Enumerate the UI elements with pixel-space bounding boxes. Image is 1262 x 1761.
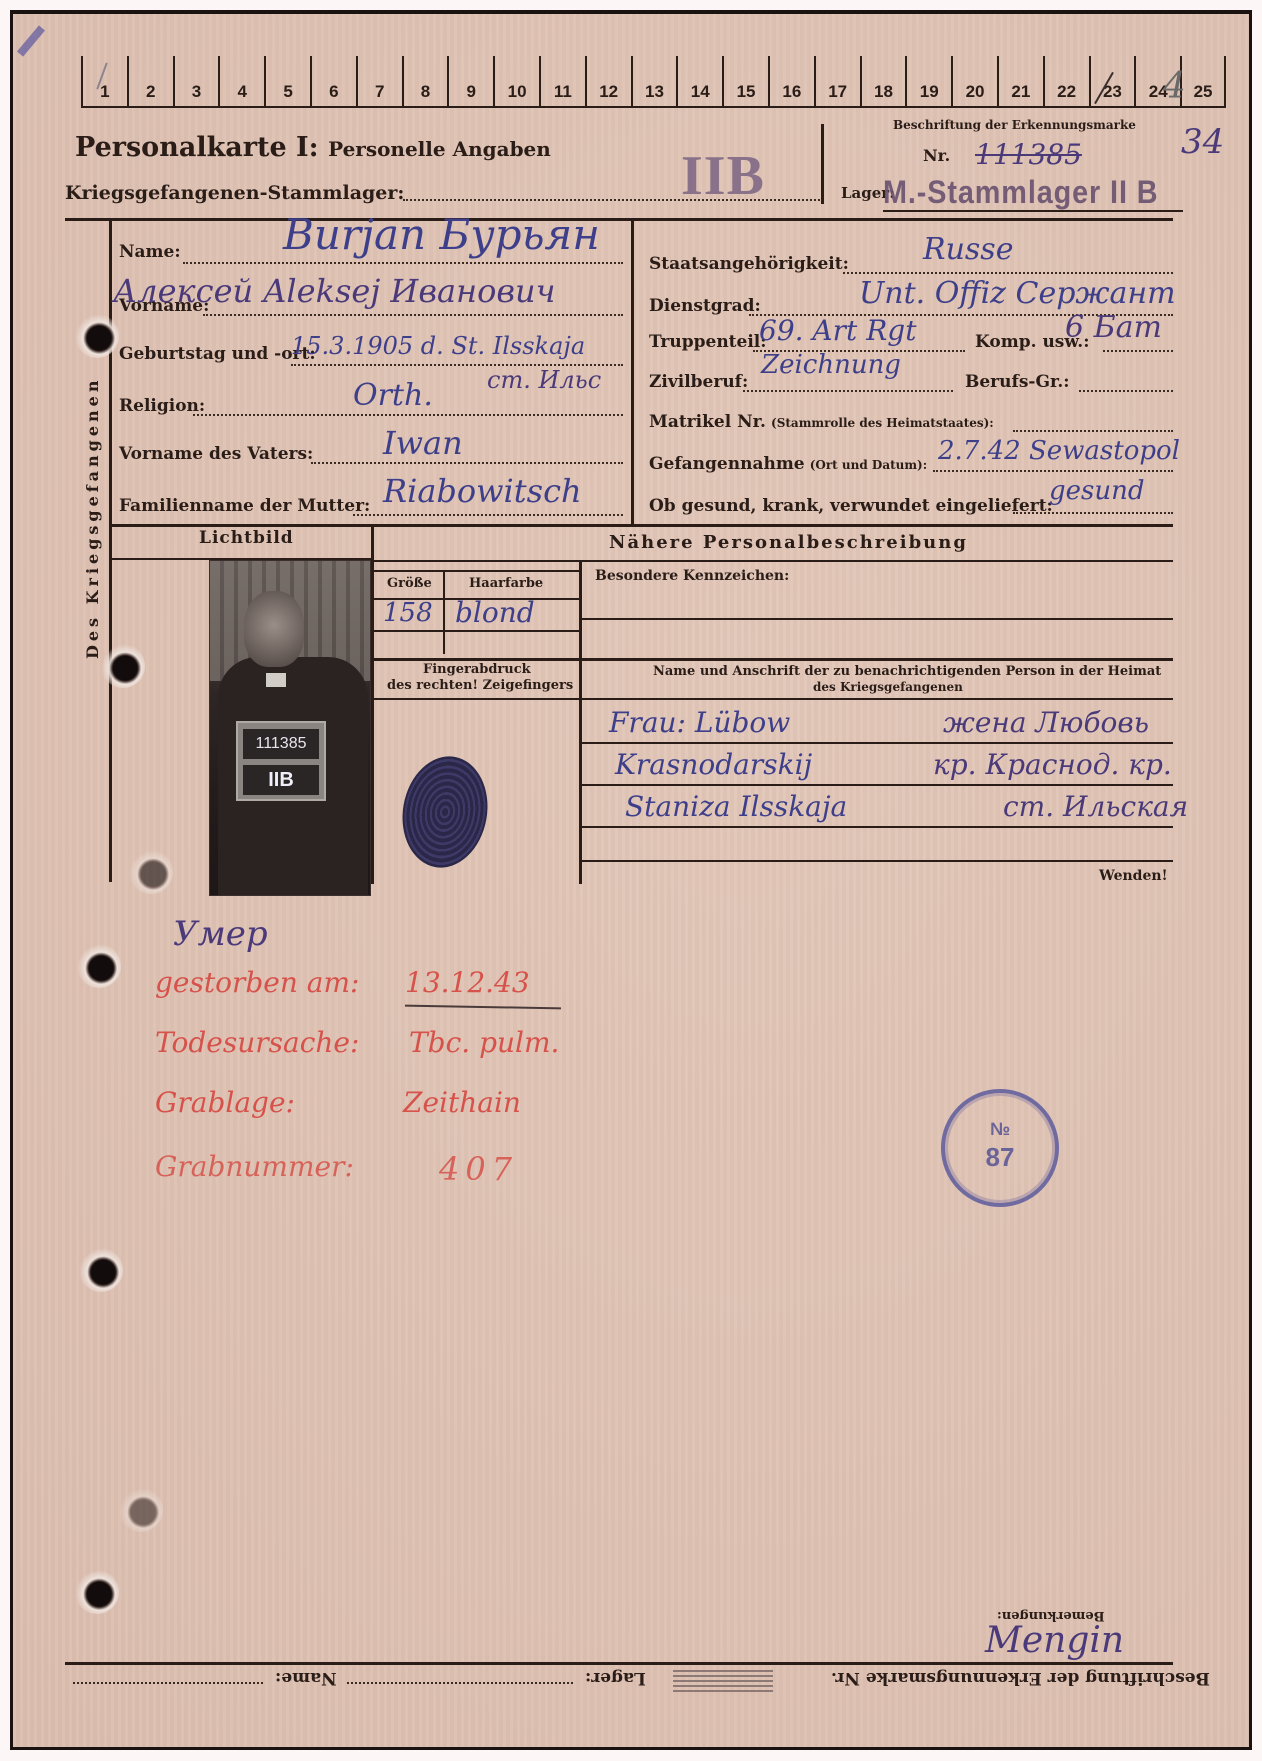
ruler-cell: 18 — [860, 56, 906, 108]
occupation-group-line — [1079, 390, 1173, 392]
ruler-cell: 14 — [676, 56, 722, 108]
religion-label: Religion: — [119, 396, 205, 416]
turn-over-note: Wenden! — [1099, 868, 1168, 884]
photo-caption: Lichtbild — [199, 528, 294, 548]
ruler-cell: 9 — [447, 56, 493, 108]
ruler-cell: 12 — [585, 56, 631, 108]
height-value: 158 — [383, 598, 433, 628]
grave-location-value: Zeithain — [403, 1086, 521, 1119]
punch-hole — [101, 644, 145, 688]
ruler-cell: 2 — [127, 56, 173, 108]
ruler-cell: 22 — [1043, 56, 1089, 108]
fingerprint-label-1: Fingerabdruck — [423, 662, 531, 677]
fingerprint-label-2: des rechten! Zeigefingers — [387, 678, 573, 693]
father-name-line — [311, 462, 623, 464]
death-date-value: 13.12.43 — [405, 966, 530, 999]
footer-lager-line — [347, 1682, 573, 1684]
footer-tag-label: Beschriftung der Erkennungsmarke Nr. — [831, 1668, 1210, 1688]
nationality-label: Staatsangehörigkeit: — [649, 254, 849, 274]
footer-stamp-lines — [673, 1670, 773, 1692]
name-line — [183, 262, 623, 264]
ruler-cell: 20 — [951, 56, 997, 108]
description-divider — [579, 560, 582, 884]
ruler-cell: 3 — [173, 56, 219, 108]
name-label: Name: — [119, 242, 181, 262]
rank-label: Dienstgrad: — [649, 296, 761, 316]
ruler-cell: 15 — [722, 56, 768, 108]
death-date-label: gestorben am: — [155, 966, 359, 999]
father-name-value: Iwan — [383, 424, 463, 462]
grave-number-label: Grabnummer: — [155, 1150, 354, 1183]
ruler-mark: 4 — [1163, 66, 1186, 107]
table-row-line — [373, 630, 579, 632]
father-name-label: Vorname des Vaters: — [119, 444, 313, 464]
signature: Mengin — [985, 1620, 1124, 1661]
occupation-label: Zivilberuf: — [649, 372, 748, 392]
matrikel-line — [1013, 430, 1173, 432]
nationality-line — [843, 272, 1173, 274]
ruler-cell: 11 — [539, 56, 585, 108]
id-sign: 111385 IIB — [236, 721, 326, 801]
contact-line-5 — [579, 860, 1173, 862]
side-label: Des Kriegsgefangenen — [83, 377, 102, 659]
corner-note: 34 — [1181, 122, 1224, 162]
punch-hole — [77, 944, 121, 988]
first-name-value: Алексей Aleksej Иванович — [113, 272, 556, 310]
footer-line — [65, 1662, 1173, 1665]
contact-line-3 — [579, 784, 1173, 786]
table-divider — [443, 570, 445, 654]
contact-latin-1: Frau: Lübow — [609, 706, 790, 739]
hair-label: Haarfarbe — [469, 576, 543, 591]
punch-hole — [129, 850, 173, 894]
ruler-cell: 21 — [997, 56, 1043, 108]
nationality-value: Russe — [923, 232, 1013, 267]
ruler-cell: 23 — [1089, 56, 1135, 108]
punch-hole — [79, 1248, 123, 1292]
tag-caption: Beschriftung der Erkennungsmarke — [893, 118, 1136, 132]
special-marks-line — [579, 618, 1173, 620]
matrikel-label: Matrikel Nr. (Stammrolle des Heimatstaat… — [649, 412, 994, 432]
rank-value: Unt. Offiz Сержант — [859, 276, 1176, 311]
personal-card: 1234567891011121314151617181920212223242… — [10, 10, 1252, 1750]
header-divider — [821, 124, 824, 204]
ruler-cell: 25 — [1180, 56, 1226, 108]
footer-name-label: Name: — [275, 1668, 337, 1688]
section-divider-top — [65, 218, 1173, 221]
grave-number-value: 407 — [439, 1150, 518, 1188]
occupation-line — [743, 390, 953, 392]
name-value: Burjan Бурьян — [283, 210, 600, 259]
mother-name-value: Riabowitsch — [383, 472, 582, 510]
death-cause-value: Tbc. pulm. — [409, 1026, 559, 1059]
contact-cyrillic-2: кр. Краснод. кр. — [933, 748, 1172, 781]
capture-value: 2.7.42 Sewastopol — [938, 436, 1180, 466]
ruler-cell: 16 — [768, 56, 814, 108]
unit-label: Truppenteil: — [649, 332, 767, 352]
occupation-value: Zeichnung — [761, 350, 901, 380]
company-line — [1103, 350, 1173, 352]
ruler-cell: 1 — [81, 56, 127, 108]
unit-value: 69. Art Rgt — [759, 314, 916, 347]
fingerprint-caption-line — [373, 698, 579, 700]
grave-location-label: Grablage: — [155, 1086, 295, 1119]
religion-value: Orth. — [353, 378, 433, 413]
birth-label: Geburtstag und -ort: — [119, 344, 316, 364]
camp-stamp: IIB — [681, 144, 765, 208]
birth-value: 15.3.1905 d. St. Ilsskaja — [291, 332, 585, 360]
contact-line-4 — [579, 826, 1173, 828]
ruler-cell: 4 — [218, 56, 264, 108]
capture-line — [933, 470, 1173, 472]
nr-value: 111385 — [975, 138, 1082, 171]
ruler-cell: 17 — [814, 56, 860, 108]
health-value: gesund — [1049, 476, 1145, 506]
footer-lager-label: Lager: — [585, 1668, 646, 1688]
health-line — [1013, 512, 1173, 514]
punch-hole — [75, 1570, 119, 1614]
nr-label: Nr. — [923, 146, 950, 165]
death-cause-label: Todesursache: — [155, 1026, 359, 1059]
prisoner-photo: 111385 IIB — [209, 560, 371, 896]
contact-cyrillic-3: ст. Ильская — [1003, 790, 1188, 823]
contact-line-2 — [579, 742, 1173, 744]
section-divider-mid — [109, 524, 1173, 527]
fingerprint-top-line — [373, 658, 1173, 661]
ruler-cell: 19 — [905, 56, 951, 108]
ruler-cell: 8 — [402, 56, 448, 108]
contact-label-2: des Kriegsgefangenen — [813, 680, 963, 694]
religion-line — [193, 414, 623, 416]
hair-value: blond — [455, 596, 535, 629]
date-underline — [405, 1005, 561, 1010]
lager-underline — [883, 210, 1183, 212]
middle-divider — [631, 218, 634, 524]
lager-stamp: M.-Stammlager II B — [883, 174, 1158, 211]
height-label: Größe — [387, 576, 432, 591]
special-marks-label: Besondere Kennzeichen: — [595, 568, 789, 584]
contact-latin-2: Krasnodarskij — [615, 748, 812, 781]
description-title: Nähere Personalbeschreibung — [609, 532, 968, 553]
company-value: 6 Бат — [1065, 310, 1162, 345]
card-title: Personalkarte I: Personelle Angaben — [75, 132, 551, 163]
occupation-group-label: Berufs-Gr.: — [965, 372, 1070, 392]
ruler-cell: 7 — [356, 56, 402, 108]
column-ruler: 1234567891011121314151617181920212223242… — [81, 56, 1226, 108]
health-label: Ob gesund, krank, verwundet eingeliefert… — [649, 496, 1053, 516]
contact-cyrillic-1: жена Любовь — [943, 706, 1149, 739]
contact-line-1 — [579, 698, 1173, 700]
mother-name-line — [353, 514, 623, 516]
ruler-cell: 10 — [493, 56, 539, 108]
camp-label: Kriegsgefangenen-Stammlager: — [65, 182, 404, 204]
ruler-cell: 5 — [264, 56, 310, 108]
description-title-line — [371, 560, 1173, 562]
ruler-cell: 13 — [631, 56, 677, 108]
first-name-line — [203, 314, 623, 316]
birth-note: ст. Ильс — [487, 366, 601, 394]
ruler-cell: 6 — [310, 56, 356, 108]
fingerprint — [394, 750, 496, 875]
footer-name-line — [73, 1682, 263, 1684]
death-header: Умер — [173, 914, 268, 954]
capture-label: Gefangennahme (Ort und Datum): — [649, 454, 927, 474]
punch-hole — [75, 314, 119, 358]
punch-hole — [119, 1488, 163, 1532]
contact-latin-3: Staniza Ilsskaja — [625, 790, 847, 823]
round-seal: № 87 — [941, 1089, 1059, 1207]
contact-label-1: Name und Anschrift der zu benachrichtige… — [653, 664, 1161, 679]
pencil-mark — [17, 25, 45, 56]
mother-name-label: Familienname der Mutter: — [119, 496, 370, 516]
